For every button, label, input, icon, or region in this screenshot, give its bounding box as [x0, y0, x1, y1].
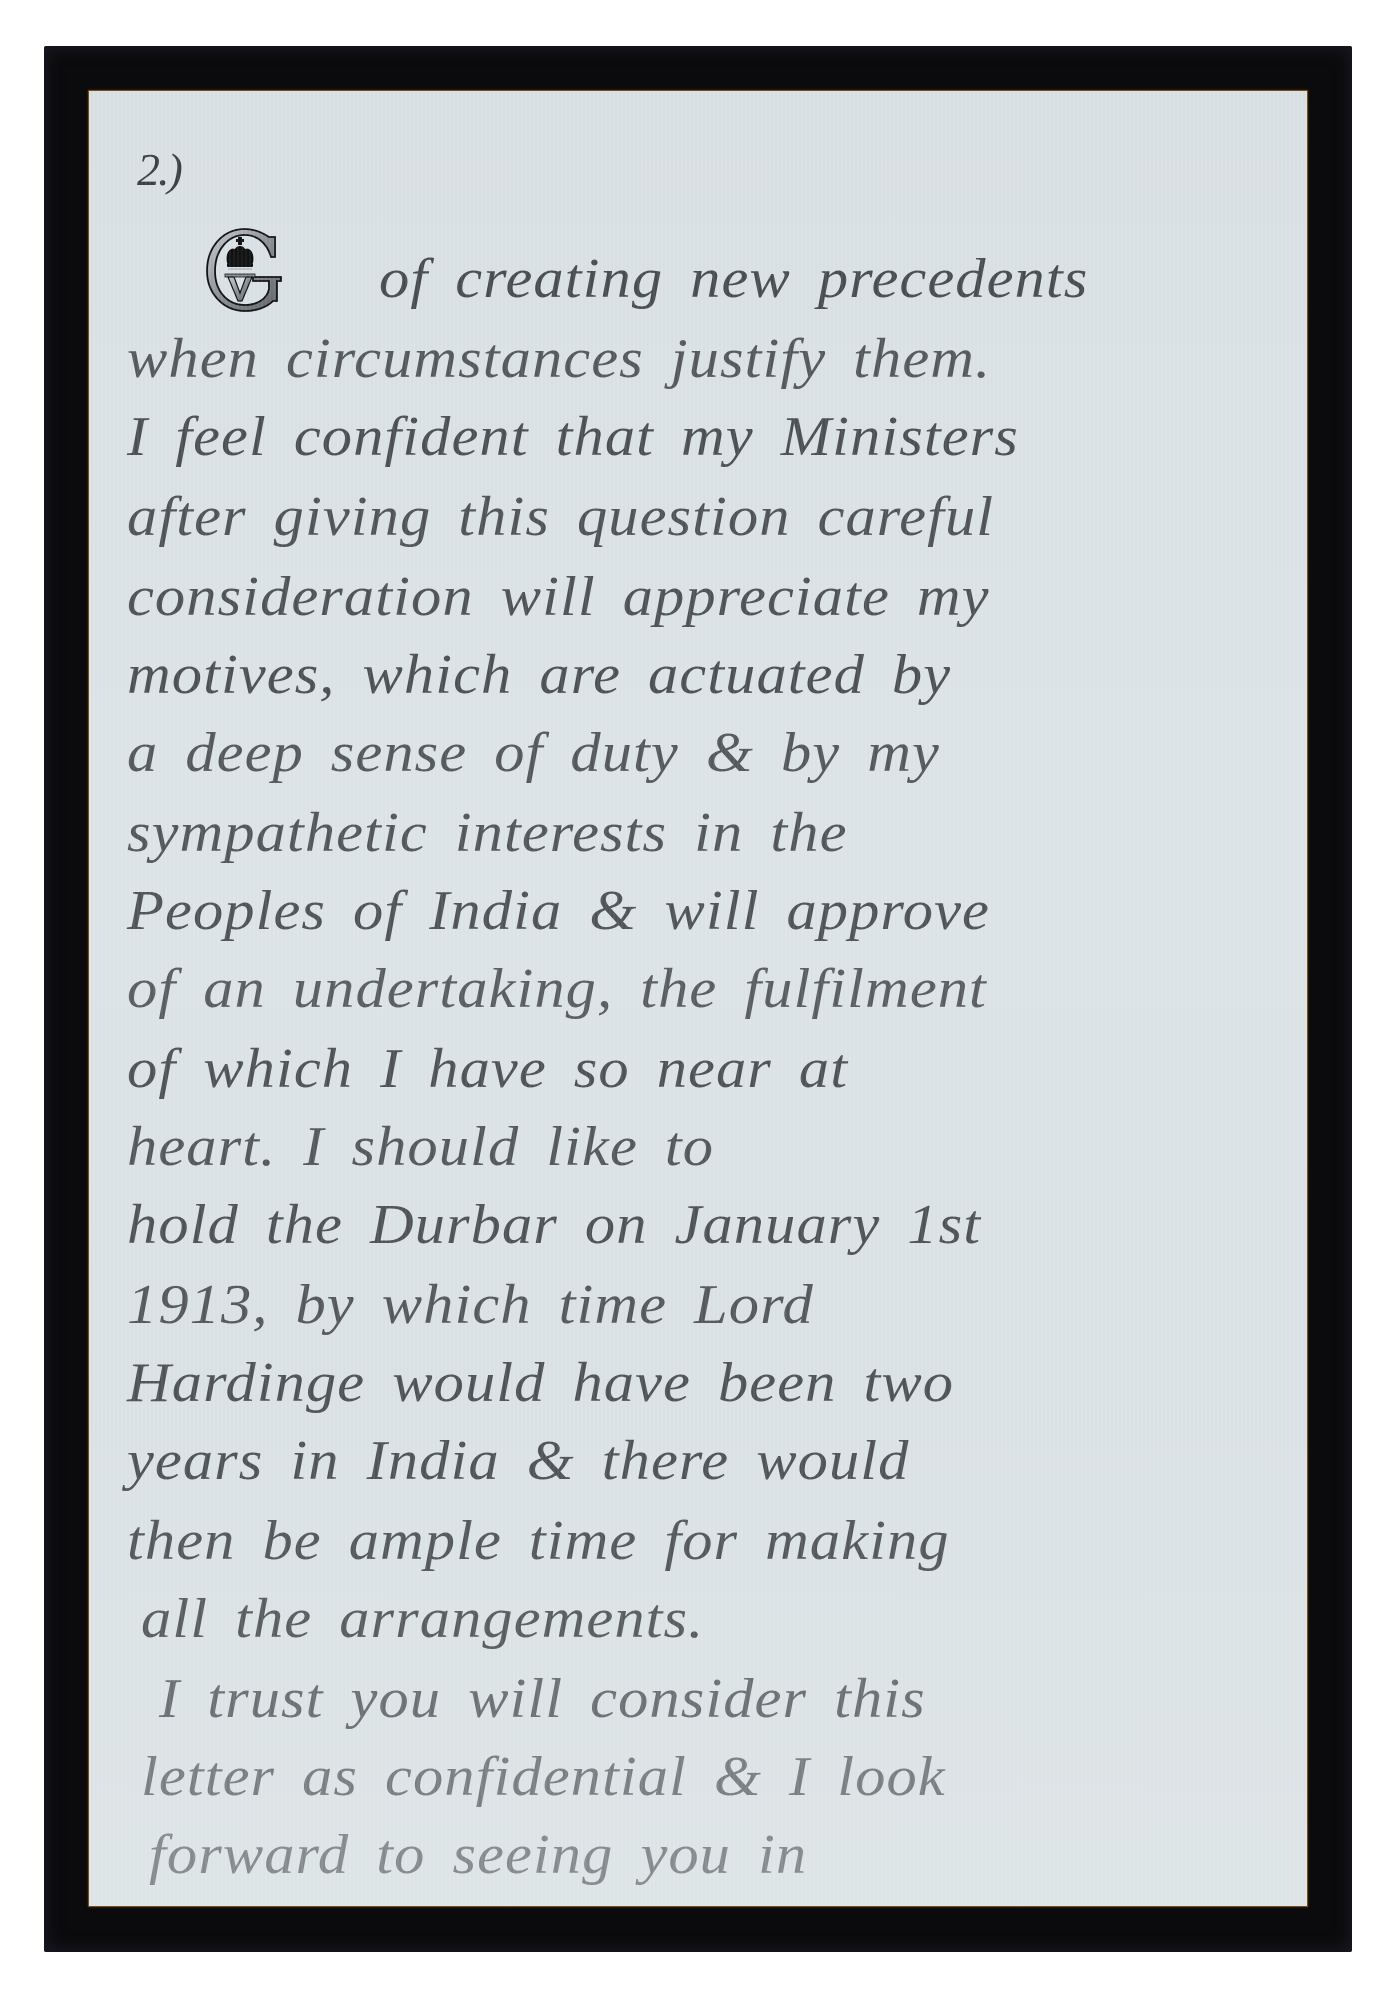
letter-line: 1913, by which time Lord	[127, 1277, 814, 1333]
royal-monogram	[197, 223, 289, 315]
letter-line: sympathetic interests in the	[127, 805, 848, 861]
letter-line: I feel confident that my Ministers	[127, 409, 1019, 465]
letter-line: Hardinge would have been two	[127, 1355, 954, 1411]
letter-line: heart. I should like to	[127, 1119, 714, 1175]
letter-line: after giving this question careful	[127, 489, 994, 545]
royal-crown-icon	[197, 223, 289, 315]
letter-line: years in India & there would	[127, 1433, 909, 1489]
document-frame: 2.)	[44, 46, 1352, 1952]
letter-line: of which I have so near at	[127, 1041, 848, 1097]
letter-line: consideration will appreciate my	[127, 569, 990, 625]
letter-line: a deep sense of duty & by my	[127, 725, 940, 781]
letter-line: of an undertaking, the fulfilment	[127, 961, 987, 1017]
letter-line: then be ample time for making	[127, 1513, 950, 1569]
letter-line: forward to seeing you in	[149, 1827, 807, 1883]
letter-line: Peoples of India & will approve	[127, 883, 990, 939]
letter-line: letter as confidential & I look	[141, 1749, 946, 1805]
page-number: 2.)	[137, 143, 181, 196]
letter-line: I trust you will consider this	[159, 1671, 926, 1727]
letter-line: motives, which are actuated by	[127, 647, 951, 703]
letter-line: of creating new precedents	[379, 251, 1088, 307]
letter-paper: 2.)	[89, 91, 1307, 1906]
letter-line: hold the Durbar on January 1st	[127, 1197, 981, 1253]
letter-line: all the arrangements.	[141, 1591, 704, 1647]
letter-line: when circumstances justify them.	[127, 331, 991, 387]
